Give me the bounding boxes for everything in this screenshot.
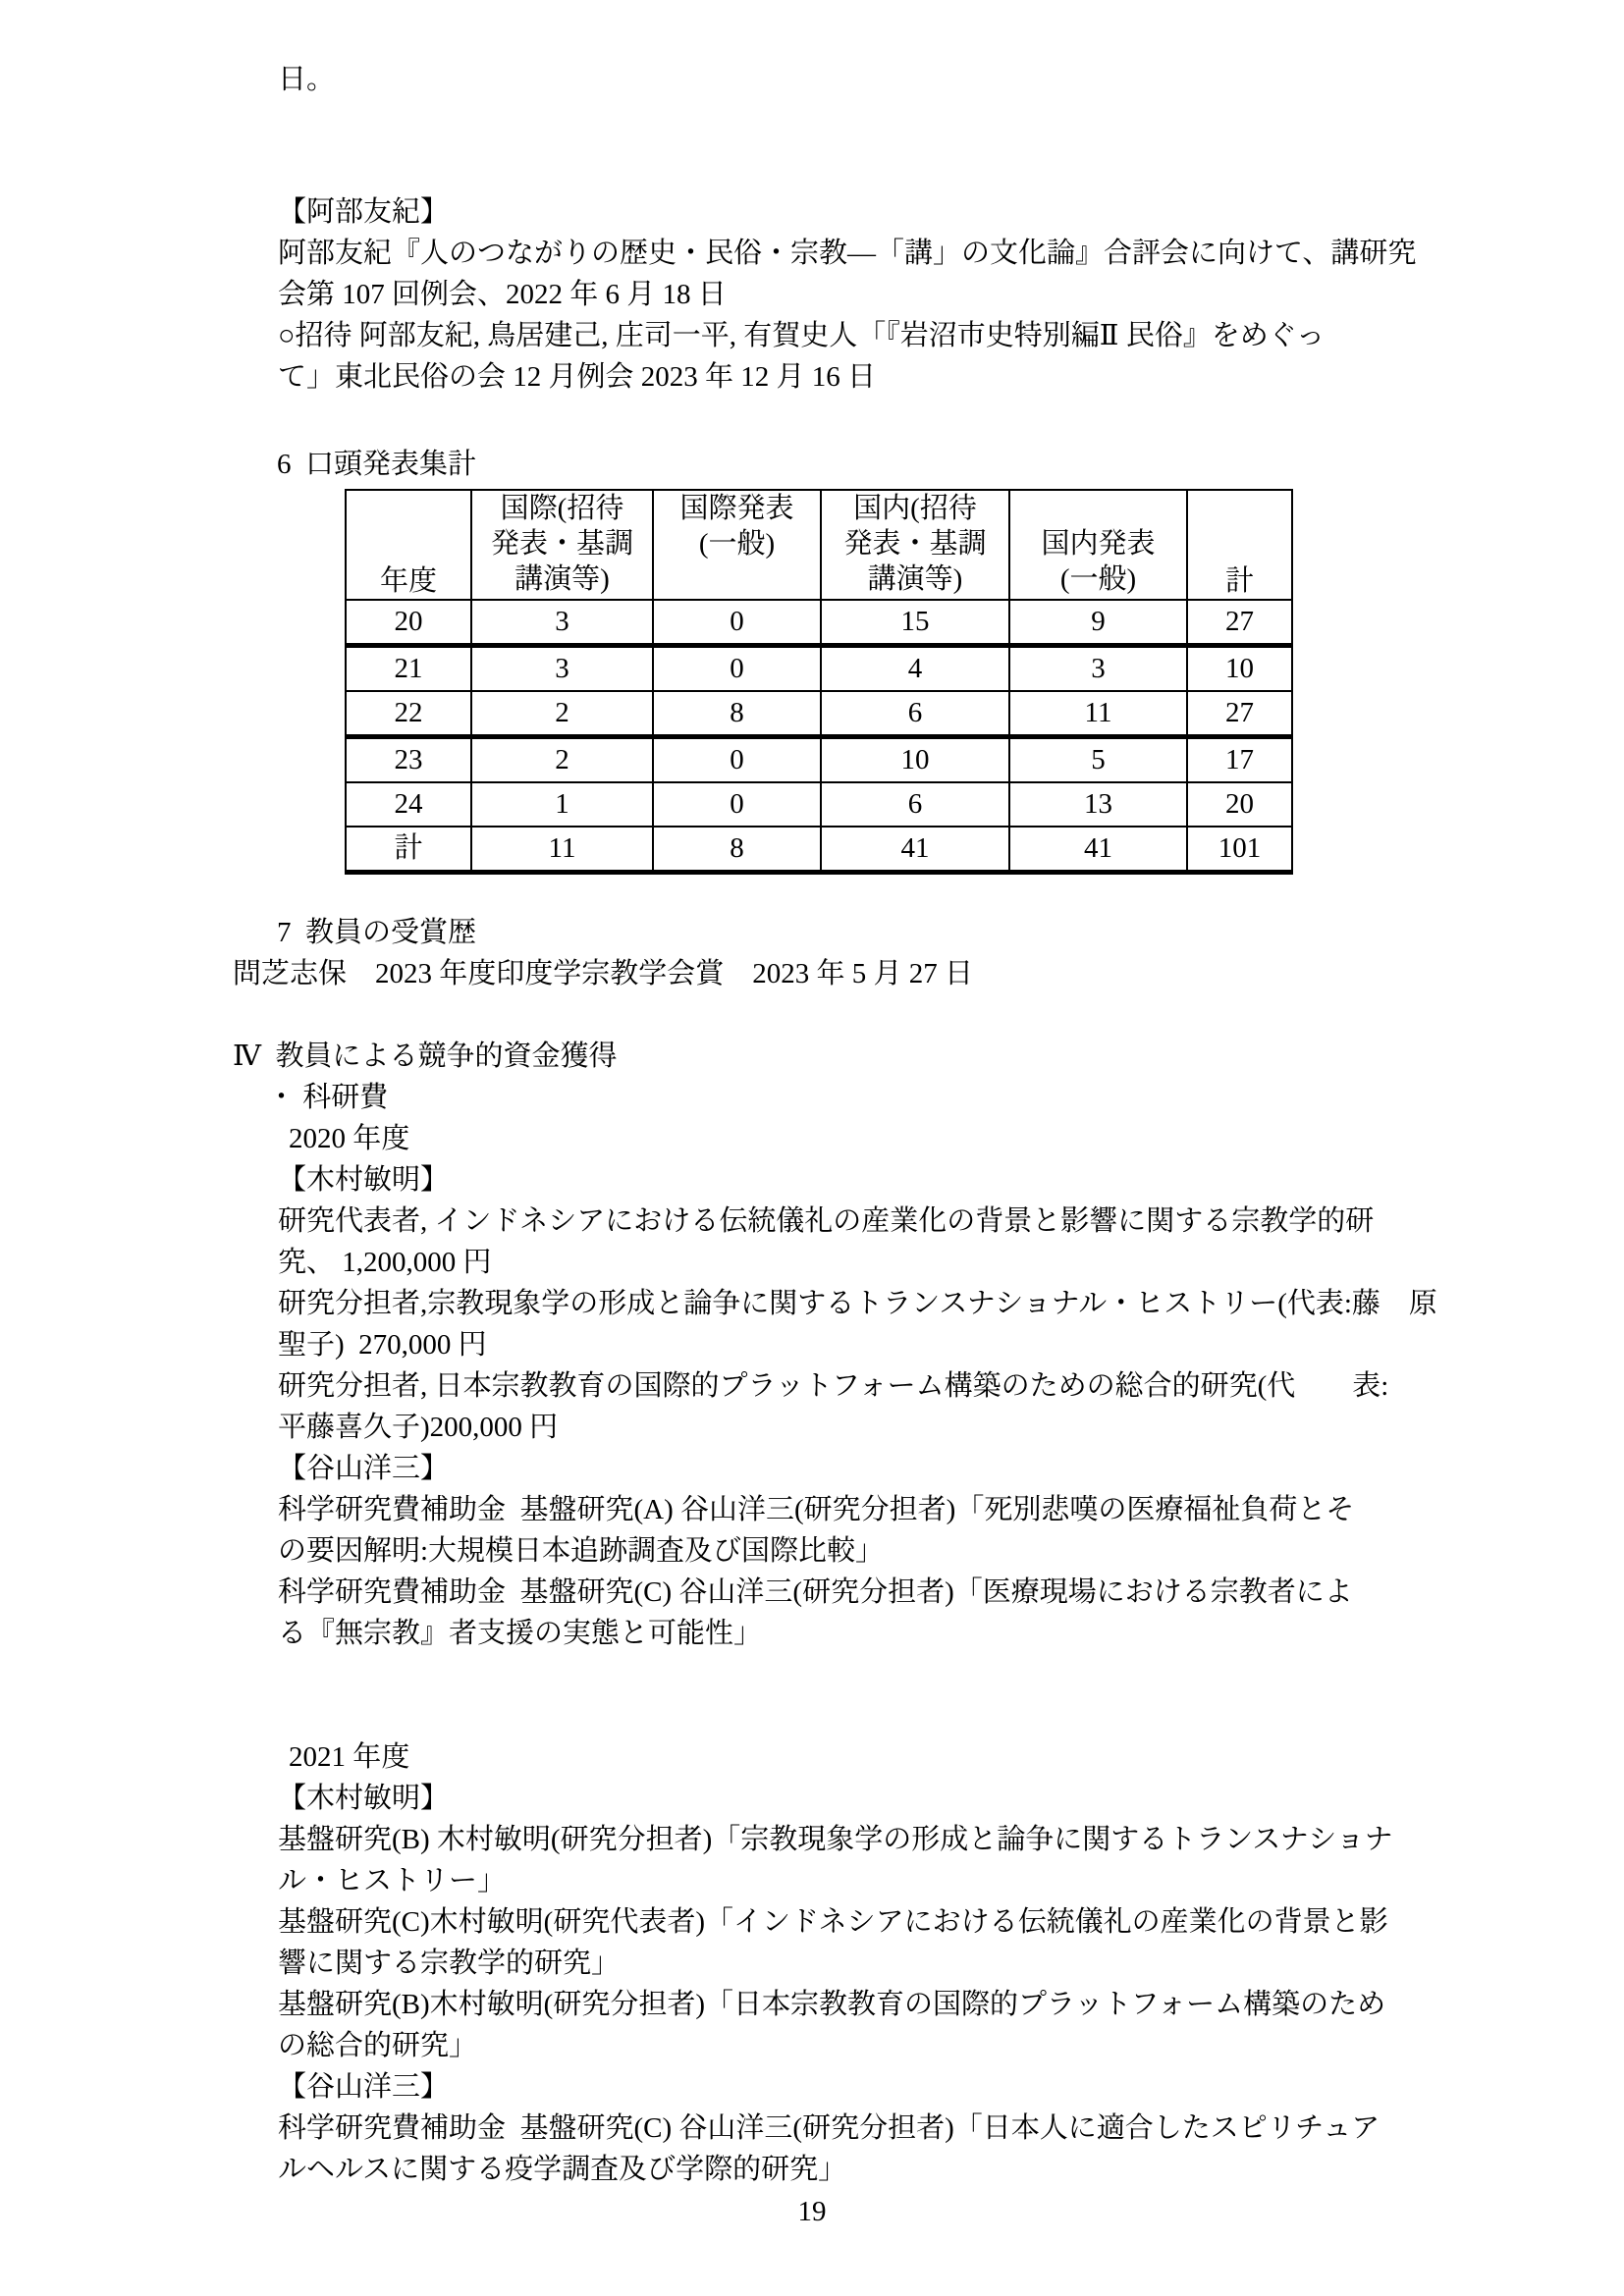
text-line: 基盤研究(C)木村敏明(研究代表者)「インドネシアにおける伝統儀礼の産業化の背景… bbox=[278, 1901, 1624, 1943]
text-line: 基盤研究(B) 木村敏明(研究分担者)「宗教現象学の形成と論争に関するトランスナ… bbox=[278, 1819, 1624, 1860]
table-header-text: (一般) bbox=[1010, 561, 1186, 597]
text-line: 2021 年度 bbox=[289, 1736, 1624, 1778]
table-cell: 11 bbox=[1009, 691, 1187, 737]
text-line: ルヘルスに関する疫学調査及び学際的研究」 bbox=[278, 2149, 1624, 2190]
text-line: の要因解明:大規模日本追跡調査及び国際比較」 bbox=[278, 1530, 1624, 1572]
table-cell: 17 bbox=[1187, 737, 1292, 783]
table-header-cell: 国内発表(一般) bbox=[1009, 490, 1187, 600]
table-header-cell: 国際発表(一般) bbox=[653, 490, 821, 600]
text-line: 問芝志保 2023 年度印度学宗教学会賞 2023 年 5 月 27 日 bbox=[233, 953, 1624, 994]
table-header-text: 年度 bbox=[347, 563, 470, 599]
text-line: 響に関する宗教学的研究」 bbox=[278, 1943, 1624, 1984]
text-line: 2020 年度 bbox=[289, 1118, 1624, 1159]
table-cell: 41 bbox=[821, 827, 1009, 873]
table-cell: 8 bbox=[653, 691, 821, 737]
text-line: ○招待 阿部友紀, 鳥居建己, 庄司一平, 有賀史人「『岩沼市史特別編Ⅱ 民俗』… bbox=[278, 315, 1624, 356]
table-header-text: 講演等) bbox=[822, 561, 1008, 597]
text-line: 研究分担者,宗教現象学の形成と論争に関するトランスナショナル・ヒストリー(代表:… bbox=[278, 1283, 1624, 1324]
table-header-cell: 年度 bbox=[346, 490, 471, 600]
table-header-cell: 国際(招待発表・基調講演等) bbox=[471, 490, 653, 600]
text-line: 【阿部友紀】 bbox=[278, 191, 1624, 233]
text-line: 科学研究費補助金 基盤研究(C) 谷山洋三(研究分担者)「日本人に適合したスピリ… bbox=[278, 2108, 1624, 2149]
text-line: 【谷山洋三】 bbox=[278, 1448, 1624, 1489]
document-page: 日。【阿部友紀】阿部友紀『人のつながりの歴史・民俗・宗教―「講」の文化論』合評会… bbox=[0, 0, 1624, 2296]
table-cell: 5 bbox=[1009, 737, 1187, 783]
text-line: 日。 bbox=[278, 59, 1624, 100]
text-line: ・ 科研費 bbox=[267, 1077, 1624, 1118]
table-cell: 8 bbox=[653, 827, 821, 873]
table-cell: 2 bbox=[471, 691, 653, 737]
document-content: 日。【阿部友紀】阿部友紀『人のつながりの歴史・民俗・宗教―「講」の文化論』合評会… bbox=[0, 59, 1624, 2190]
text-line: て」東北民俗の会 12 月例会 2023 年 12 月 16 日 bbox=[278, 356, 1624, 398]
table-header-text: 国内発表 bbox=[1010, 526, 1186, 561]
oral-presentation-summary-table: 年度国際(招待発表・基調講演等)国際発表(一般)国内(招待発表・基調講演等)国内… bbox=[345, 489, 1293, 875]
table-cell: 23 bbox=[346, 737, 471, 783]
table-row: 232010517 bbox=[346, 737, 1292, 783]
table-cell: 21 bbox=[346, 646, 471, 692]
table-cell: 22 bbox=[346, 691, 471, 737]
table-cell: 3 bbox=[471, 600, 653, 646]
text-line: 【谷山洋三】 bbox=[278, 2066, 1624, 2108]
table-header-row: 年度国際(招待発表・基調講演等)国際発表(一般)国内(招待発表・基調講演等)国内… bbox=[346, 490, 1292, 600]
table-cell: 3 bbox=[471, 646, 653, 692]
table-cell: 9 bbox=[1009, 600, 1187, 646]
table-row: 222861127 bbox=[346, 691, 1292, 737]
text-line: 基盤研究(B)木村敏明(研究分担者)「日本宗教教育の国際的プラットフォーム構築の… bbox=[278, 1984, 1624, 2025]
table-cell: 27 bbox=[1187, 691, 1292, 737]
text-line: 研究分担者, 日本宗教教育の国際的プラットフォーム構築のための総合的研究(代 表… bbox=[278, 1365, 1624, 1407]
text-line: 会第 107 回例会、2022 年 6 月 18 日 bbox=[278, 274, 1624, 315]
text-line: 科学研究費補助金 基盤研究(A) 谷山洋三(研究分担者)「死別悲嘆の医療福祉負荷… bbox=[278, 1489, 1624, 1530]
table-cell: 20 bbox=[346, 600, 471, 646]
table-cell: 11 bbox=[471, 827, 653, 873]
table-header-text: 発表・基調 bbox=[472, 526, 652, 561]
table-header-cell: 国内(招待発表・基調講演等) bbox=[821, 490, 1009, 600]
table-cell: 10 bbox=[821, 737, 1009, 783]
text-line: 科学研究費補助金 基盤研究(C) 谷山洋三(研究分担者)「医療現場における宗教者… bbox=[278, 1572, 1624, 1613]
table-cell: 20 bbox=[1187, 782, 1292, 827]
table-cell: 計 bbox=[346, 827, 471, 873]
table-cell: 41 bbox=[1009, 827, 1187, 873]
table-cell: 3 bbox=[1009, 646, 1187, 692]
text-line: ル・ヒストリー」 bbox=[278, 1860, 1624, 1901]
text-line: 究、 1,200,000 円 bbox=[278, 1242, 1624, 1283]
table-row: 241061320 bbox=[346, 782, 1292, 827]
table-cell: 10 bbox=[1187, 646, 1292, 692]
table-header-text: 発表・基調 bbox=[822, 526, 1008, 561]
table-cell: 24 bbox=[346, 782, 471, 827]
text-line: 7 教員の受賞歴 bbox=[277, 912, 1624, 953]
table-header-text: 計 bbox=[1188, 563, 1291, 599]
table-cell: 6 bbox=[821, 782, 1009, 827]
table-cell: 0 bbox=[653, 782, 821, 827]
text-line: Ⅳ 教員による競争的資金獲得 bbox=[233, 1036, 1624, 1077]
table-cell: 2 bbox=[471, 737, 653, 783]
table-cell: 4 bbox=[821, 646, 1009, 692]
table-header-text: 国際(招待 bbox=[472, 491, 652, 526]
table-header-text: (一般) bbox=[654, 526, 820, 561]
text-line: の総合的研究」 bbox=[278, 2025, 1624, 2066]
table-row: 21304310 bbox=[346, 646, 1292, 692]
table-header-text: 国際発表 bbox=[654, 491, 820, 526]
table-row: 計1184141101 bbox=[346, 827, 1292, 873]
text-line: 【木村敏明】 bbox=[278, 1778, 1624, 1819]
table-header-text: 国内(招待 bbox=[822, 491, 1008, 526]
table-header-text: 講演等) bbox=[472, 561, 652, 597]
table-cell: 1 bbox=[471, 782, 653, 827]
text-line: 【木村敏明】 bbox=[278, 1159, 1624, 1201]
text-line: る『無宗教』者支援の実態と可能性」 bbox=[278, 1613, 1624, 1654]
table-header-cell: 計 bbox=[1187, 490, 1292, 600]
text-line: 6 口頭発表集計 bbox=[277, 444, 1624, 485]
table-cell: 13 bbox=[1009, 782, 1187, 827]
text-line: 研究代表者, インドネシアにおける伝統儀礼の産業化の背景と影響に関する宗教学的研 bbox=[278, 1201, 1624, 1242]
table-cell: 0 bbox=[653, 646, 821, 692]
text-line: 聖子) 270,000 円 bbox=[278, 1324, 1624, 1365]
table-cell: 101 bbox=[1187, 827, 1292, 873]
table-cell: 6 bbox=[821, 691, 1009, 737]
text-line: 阿部友紀『人のつながりの歴史・民俗・宗教―「講」の文化論』合評会に向けて、講研究 bbox=[278, 233, 1624, 274]
table-cell: 0 bbox=[653, 737, 821, 783]
table-cell: 15 bbox=[821, 600, 1009, 646]
table-cell: 27 bbox=[1187, 600, 1292, 646]
text-line: 平藤喜久子)200,000 円 bbox=[278, 1407, 1624, 1448]
page-number: 19 bbox=[0, 2191, 1624, 2232]
table-row: 203015927 bbox=[346, 600, 1292, 646]
table-cell: 0 bbox=[653, 600, 821, 646]
